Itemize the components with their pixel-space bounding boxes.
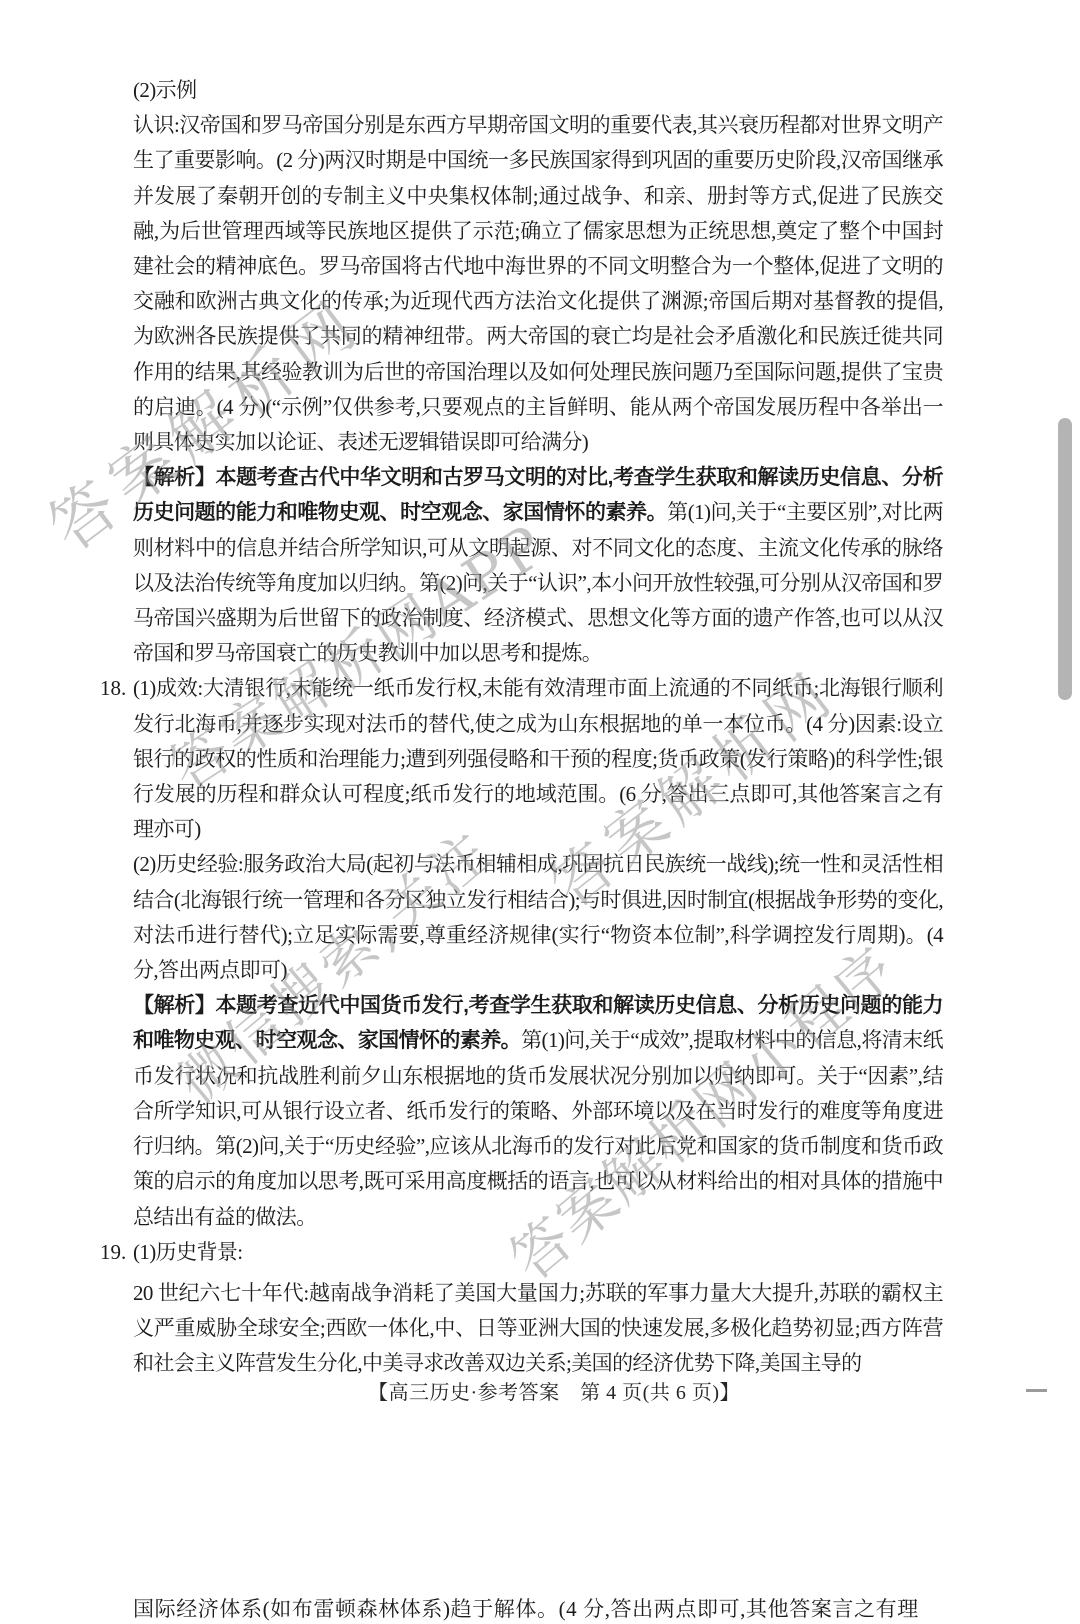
example-heading: (2)示例 <box>100 73 943 108</box>
next-page-text-fragment: 国际经济体系(如布雷顿森林体系)趋于解体。(4 分,答出两点即可,其他答案言之有… <box>133 1593 919 1623</box>
scrollbar-thumb[interactable] <box>1058 418 1072 700</box>
question-18-answer-part1: 18.(1)成效:大清银行,未能统一纸币发行权,未能有效清理市面上流通的不同纸币… <box>100 671 943 847</box>
page-footer: 【高三历史·参考答案 第 4 页(共 6 页)】 <box>368 1376 740 1405</box>
analysis-paragraph-q17: 【解析】本题考查古代中华文明和古罗马文明的对比,考查学生获取和解读历史信息、分析… <box>100 460 943 671</box>
document-page: { "doc": { "example_heading": "(2)示例", "… <box>0 0 1080 1624</box>
question-19-heading: (1)历史背景: <box>133 1240 243 1264</box>
analysis-q18-explanation: 第(1)问,关于“成效”,提取材料中的信息,将清末纸币发行状况和抗战胜利前夕山东… <box>133 1028 943 1228</box>
analysis-paragraph-q18: 【解析】本题考查近代中国货币发行,考查学生获取和解读历史信息、分析历史问题的能力… <box>100 988 943 1234</box>
question-19-answer-paragraph: 20 世纪六七十年代:越南战争消耗了美国大量国力;苏联的军事力量大大提升,苏联的… <box>100 1276 943 1382</box>
answer-sheet-body: (2)示例 认识:汉帝国和罗马帝国分别是东西方早期帝国文明的重要代表,其兴衰历程… <box>100 73 943 1382</box>
question-19-number: 19. <box>100 1235 126 1270</box>
analysis-q17-explanation: 第(1)问,关于“主要区别”,对比两则材料中的信息并结合所学知识,可从文明起源、… <box>133 500 943 665</box>
question-18-number: 18. <box>100 671 126 706</box>
question-18-answer-part2: (2)历史经验:服务政治大局(起初与法币相辅相成,巩固抗日民族统一战线);统一性… <box>100 847 943 988</box>
example-answer-paragraph: 认识:汉帝国和罗马帝国分别是东西方早期帝国文明的重要代表,其兴衰历程都对世界文明… <box>100 108 943 460</box>
question-19-heading-row: 19.(1)历史背景: <box>100 1235 943 1270</box>
page-corner-dash <box>1026 1389 1047 1392</box>
question-18-part1-text: (1)成效:大清银行,未能统一纸币发行权,未能有效清理市面上流通的不同纸币;北海… <box>133 676 943 841</box>
